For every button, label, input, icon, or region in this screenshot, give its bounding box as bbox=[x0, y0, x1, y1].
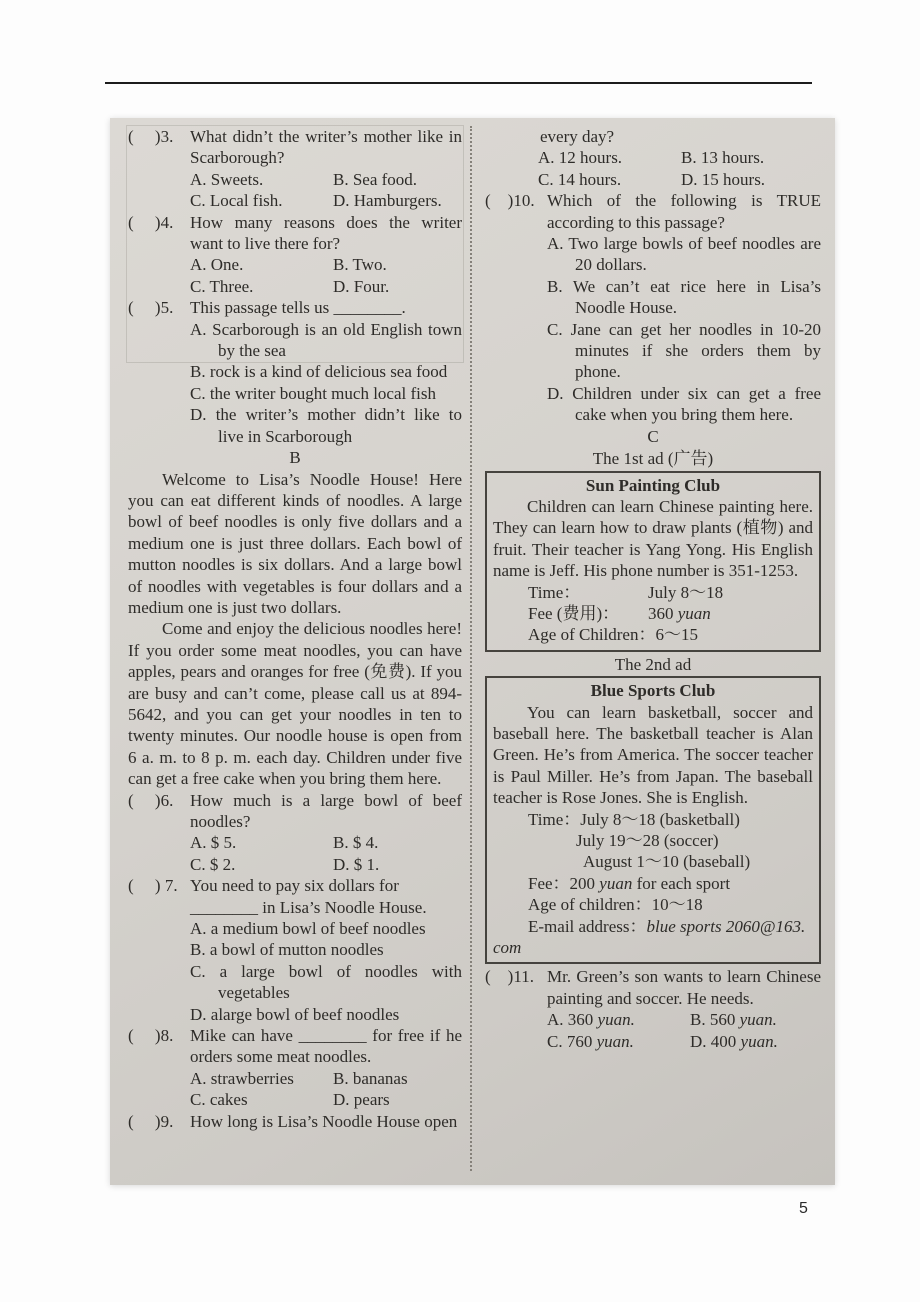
option-d: D. $ 1. bbox=[333, 854, 462, 875]
question-4: ( )4. How many reasons does the writer w… bbox=[128, 212, 462, 298]
option-d: D. Four. bbox=[333, 276, 462, 297]
question-6-number: ( )6. bbox=[128, 790, 190, 876]
option-a: A. Sweets. bbox=[190, 169, 333, 190]
question-3-body: What didn’t the writer’s mother like in … bbox=[190, 126, 462, 212]
option-b: B. a bowl of mutton noodles bbox=[190, 939, 462, 960]
option-c: C. $ 2. bbox=[190, 854, 333, 875]
question-7-stem: You need to pay six dollars for________ … bbox=[190, 875, 462, 918]
option-d: D. the writer’s mother didn’t like to li… bbox=[190, 404, 462, 447]
passage-b-paragraph-2: Come and enjoy the delicious noodles her… bbox=[128, 618, 462, 789]
question-3-options-row-2: C. Local fish. D. Hamburgers. bbox=[190, 190, 462, 211]
question-8-options-row-2: C. cakes D. pears bbox=[190, 1089, 462, 1110]
ad-2-caption: The 2nd ad bbox=[485, 654, 821, 675]
email-value: blue sports 2060@163. bbox=[647, 917, 806, 936]
question-3-number: ( )3. bbox=[128, 126, 190, 212]
question-11-body: Mr. Green’s son wants to learn Chinese p… bbox=[547, 966, 821, 1052]
option-b: B. 13 hours. bbox=[681, 147, 821, 168]
age-label: Age of Children： bbox=[528, 624, 655, 645]
passage-b-paragraph-1: Welcome to Lisa’s Noodle House! Here you… bbox=[128, 469, 462, 619]
fee-unit: yuan bbox=[678, 604, 711, 623]
option-b: B. rock is a kind of delicious sea food bbox=[190, 361, 462, 382]
option-c: C. 760 yuan. bbox=[547, 1031, 690, 1052]
option-c: C. the writer bought much local fish bbox=[190, 383, 462, 404]
option-c: C. 14 hours. bbox=[538, 169, 681, 190]
question-6: ( )6. How much is a large bowl of beef n… bbox=[128, 790, 462, 876]
question-6-stem: How much is a large bowl of beef noodles… bbox=[190, 790, 462, 833]
question-9-options-row-1: A. 12 hours. B. 13 hours. bbox=[485, 147, 821, 168]
question-4-body: How many reasons does the writer want to… bbox=[190, 212, 462, 298]
question-7-number: ( ) 7. bbox=[128, 875, 190, 1025]
ad-sun-painting-club: Sun Painting Club Children can learn Chi… bbox=[485, 471, 821, 652]
time-value: July 8～18 bbox=[648, 582, 723, 603]
option-d: D. alarge bowl of beef noodles bbox=[190, 1004, 462, 1025]
question-9-body: How long is Lisa’s Noodle House open bbox=[190, 1111, 462, 1132]
option-c: C. Three. bbox=[190, 276, 333, 297]
option-b: B. Sea food. bbox=[333, 169, 462, 190]
time-label: Time： bbox=[528, 582, 648, 603]
question-4-number: ( )4. bbox=[128, 212, 190, 298]
question-6-options-row-1: A. $ 5. B. $ 4. bbox=[190, 832, 462, 853]
page-number: 5 bbox=[799, 1200, 808, 1218]
fee-value: 360 yuan bbox=[648, 603, 711, 624]
right-column: every day? A. 12 hours. B. 13 hours. C. … bbox=[485, 126, 821, 1185]
left-column: ( )3. What didn’t the writer’s mother li… bbox=[128, 126, 462, 1185]
question-6-options-row-2: C. $ 2. D. $ 1. bbox=[190, 854, 462, 875]
ad-2-body: You can learn basketball, soccer and bas… bbox=[493, 702, 813, 809]
option-c: C. cakes bbox=[190, 1089, 333, 1110]
option-a: A. 12 hours. bbox=[538, 147, 681, 168]
question-5-number: ( )5. bbox=[128, 297, 190, 447]
question-7-stem-line-1: You need to pay six dollars for bbox=[190, 876, 399, 895]
option-b: B. bananas bbox=[333, 1068, 462, 1089]
column-divider bbox=[470, 126, 472, 1171]
question-5-stem: This passage tells us ________. bbox=[190, 297, 462, 318]
ad-2-time-row-2: July 19～28 (soccer) bbox=[493, 830, 813, 851]
question-11-options-row-2: C. 760 yuan. D. 400 yuan. bbox=[547, 1031, 821, 1052]
question-11-number: ( )11. bbox=[485, 966, 547, 1052]
question-8-options-row-1: A. strawberries B. bananas bbox=[190, 1068, 462, 1089]
ad-2-fee-row: Fee：200 yuan for each sport bbox=[493, 873, 813, 894]
ad-2-time-row-1: Time：July 8～18 (basketball) bbox=[493, 809, 813, 830]
option-b: B. 560 yuan. bbox=[690, 1009, 821, 1030]
option-c: C. a large bowl of noodles with vegetabl… bbox=[190, 961, 462, 1004]
option-a: A. One. bbox=[190, 254, 333, 275]
question-11-options-row-1: A. 360 yuan. B. 560 yuan. bbox=[547, 1009, 821, 1030]
option-d: D. 400 yuan. bbox=[690, 1031, 821, 1052]
question-8-number: ( )8. bbox=[128, 1025, 190, 1111]
question-3-stem: What didn’t the writer’s mother like in … bbox=[190, 126, 462, 169]
question-7-stem-line-2: ________ in Lisa’s Noodle House. bbox=[190, 898, 427, 917]
option-b: B. We can’t eat rice here in Lisa’s Nood… bbox=[547, 276, 821, 319]
question-10-stem: Which of the following is TRUE according… bbox=[547, 190, 821, 233]
option-a: A. strawberries bbox=[190, 1068, 333, 1089]
question-9-options-row-2: C. 14 hours. D. 15 hours. bbox=[485, 169, 821, 190]
fee-pre: Fee：200 bbox=[528, 874, 599, 893]
ad-2-time-row-3: August 1～10 (baseball) bbox=[493, 851, 813, 872]
section-c-label: C bbox=[485, 426, 821, 447]
fee-post: for each sport bbox=[632, 874, 730, 893]
question-7-body: You need to pay six dollars for________ … bbox=[190, 875, 462, 1025]
question-8: ( )8. Mike can have ________ for free if… bbox=[128, 1025, 462, 1111]
question-4-stem: How many reasons does the writer want to… bbox=[190, 212, 462, 255]
ad-1-age-row: Age of Children： 6～15 bbox=[493, 624, 813, 645]
question-9-stem-continued: every day? bbox=[485, 126, 821, 147]
question-9: ( )9. How long is Lisa’s Noodle House op… bbox=[128, 1111, 462, 1132]
option-d: D. pears bbox=[333, 1089, 462, 1110]
question-3: ( )3. What didn’t the writer’s mother li… bbox=[128, 126, 462, 212]
fee-unit: yuan bbox=[599, 874, 632, 893]
ad-2-age-row: Age of children：10～18 bbox=[493, 894, 813, 915]
question-10-body: Which of the following is TRUE according… bbox=[547, 190, 821, 425]
ad-2-email-row: E-mail address：blue sports 2060@163. bbox=[493, 916, 813, 937]
ad-1-fee-row: Fee (费用)： 360 yuan bbox=[493, 603, 813, 624]
option-a: A. a medium bowl of beef noodles bbox=[190, 918, 462, 939]
option-c: C. Local fish. bbox=[190, 190, 333, 211]
section-b-label: B bbox=[128, 447, 462, 468]
ad-1-caption: The 1st ad (广告) bbox=[485, 448, 821, 469]
question-8-body: Mike can have ________ for free if he or… bbox=[190, 1025, 462, 1111]
question-9-number: ( )9. bbox=[128, 1111, 190, 1132]
ad-1-title: Sun Painting Club bbox=[493, 475, 813, 496]
question-8-stem: Mike can have ________ for free if he or… bbox=[190, 1025, 462, 1068]
option-b: B. $ 4. bbox=[333, 832, 462, 853]
option-b: B. Two. bbox=[333, 254, 462, 275]
email-label: E-mail address： bbox=[528, 917, 647, 936]
top-rule bbox=[105, 82, 812, 84]
ad-1-time-row: Time： July 8～18 bbox=[493, 582, 813, 603]
option-a: A. $ 5. bbox=[190, 832, 333, 853]
option-d: D. Children under six can get a free cak… bbox=[547, 383, 821, 426]
question-9-stem: How long is Lisa’s Noodle House open bbox=[190, 1111, 462, 1132]
question-11: ( )11. Mr. Green’s son wants to learn Ch… bbox=[485, 966, 821, 1052]
option-d: D. Hamburgers. bbox=[333, 190, 462, 211]
ad-blue-sports-club: Blue Sports Club You can learn basketbal… bbox=[485, 676, 821, 964]
question-10: ( )10. Which of the following is TRUE ac… bbox=[485, 190, 821, 425]
fee-label: Fee (费用)： bbox=[528, 603, 648, 624]
question-5: ( )5. This passage tells us ________. A.… bbox=[128, 297, 462, 447]
option-c: C. Jane can get her noodles in 10-20 min… bbox=[547, 319, 821, 383]
question-10-number: ( )10. bbox=[485, 190, 547, 425]
ad-1-body: Children can learn Chinese painting here… bbox=[493, 496, 813, 582]
ad-2-email-wrap: com bbox=[493, 937, 813, 958]
question-6-body: How much is a large bowl of beef noodles… bbox=[190, 790, 462, 876]
scanned-test-paper: ( )3. What didn’t the writer’s mother li… bbox=[110, 118, 835, 1185]
question-5-body: This passage tells us ________. A. Scarb… bbox=[190, 297, 462, 447]
option-a: A. 360 yuan. bbox=[547, 1009, 690, 1030]
ad-2-title: Blue Sports Club bbox=[493, 680, 813, 701]
age-value: 6～15 bbox=[655, 624, 698, 645]
question-11-stem: Mr. Green’s son wants to learn Chinese p… bbox=[547, 966, 821, 1009]
fee-amount: 360 bbox=[648, 604, 678, 623]
question-3-options-row-1: A. Sweets. B. Sea food. bbox=[190, 169, 462, 190]
option-d: D. 15 hours. bbox=[681, 169, 821, 190]
question-4-options-row-2: C. Three. D. Four. bbox=[190, 276, 462, 297]
option-a: A. Scarborough is an old English town by… bbox=[190, 319, 462, 362]
question-7: ( ) 7. You need to pay six dollars for__… bbox=[128, 875, 462, 1025]
option-a: A. Two large bowls of beef noodles are 2… bbox=[547, 233, 821, 276]
question-4-options-row-1: A. One. B. Two. bbox=[190, 254, 462, 275]
